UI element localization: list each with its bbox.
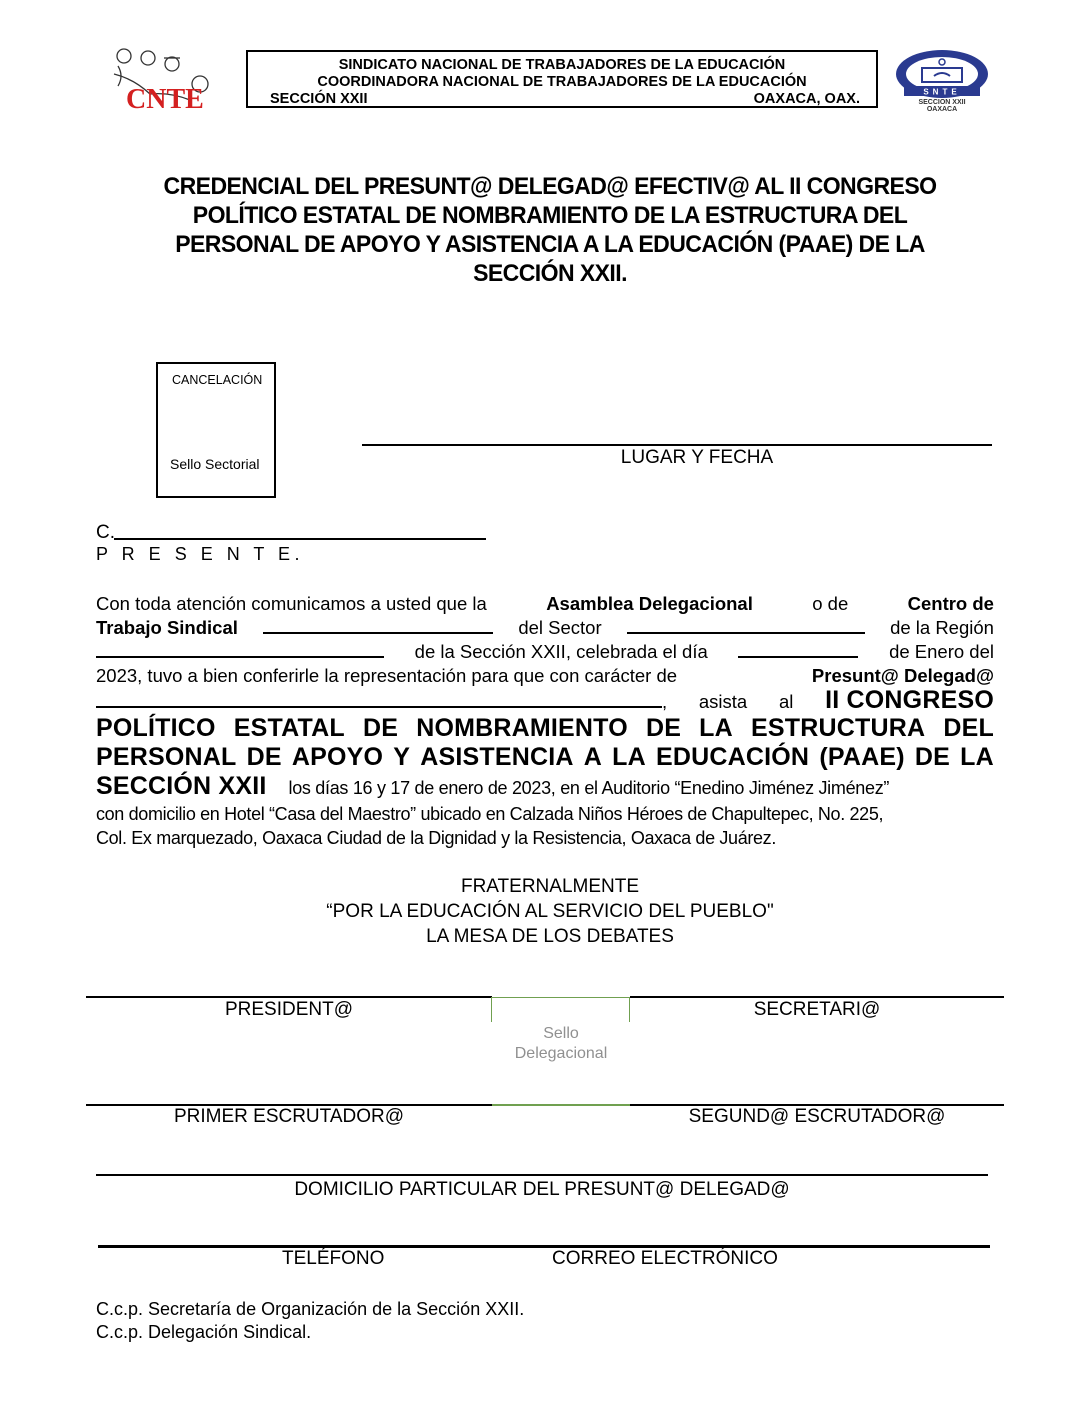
union-header: SINDICATO NACIONAL DE TRABAJADORES DE LA… [246,50,878,108]
body-line-9: con domicilio en Hotel “Casa del Maestro… [96,802,994,826]
place-date-label: LUGAR Y FECHA [362,447,1032,469]
address-label: DOMICILIO PARTICULAR DEL PRESUNT@ DELEGA… [96,1179,988,1201]
svg-text:SNTE: SNTE [923,88,960,97]
svg-text:OAXACA: OAXACA [927,106,957,113]
body-bold-word: PERSONAL [96,745,237,769]
title-line-2: POLÍTICO ESTATAL DE NOMBRAMIENTO DE LA E… [118,201,982,230]
body-bold-word: DEL [943,716,994,740]
closing-motto: “POR LA EDUCACIÓN AL SERVICIO DEL PUEBLO… [240,899,860,924]
delegate-name-field[interactable] [96,690,662,708]
svg-text:SECCION XXII: SECCION XXII [918,99,965,106]
delegational-seal-area: Sello Delegacional [492,1024,630,1064]
day-field[interactable] [738,640,858,658]
body-bold: SECCIÓN XXII [96,774,267,798]
body-bold: Trabajo Sindical [96,616,238,640]
body-bold-word: DE [247,745,282,769]
body-bold-word: DE [915,745,950,769]
body-line-1: Con toda atención comunicamos a usted qu… [96,592,994,616]
addressee-name-field[interactable] [114,538,486,540]
body-bold: Presunt@ Delegad@ [812,664,994,688]
body-line-2: Trabajo Sindical del Sector de la Región [96,616,994,640]
body-line-10: Col. Ex marquezado, Oaxaca Ciudad de la … [96,826,994,850]
body-text: del Sector [518,616,601,640]
svg-text:CNTE: CNTE [126,84,204,112]
body-text: Con toda atención comunicamos a usted qu… [96,592,487,616]
body-bold-word: Y [393,745,410,769]
title-line-1: CREDENCIAL DEL PRESUNT@ DELEGAD@ EFECTIV… [118,172,982,201]
secretary-signature-field[interactable] [630,996,1004,998]
body-line-4: 2023, tuvo a bien conferirle la represen… [96,664,994,688]
body-text: 2023, tuvo a bien conferirle la represen… [96,664,677,688]
second-teller-label: SEGUND@ ESCRUTADOR@ [630,1106,1004,1128]
title-line-3: PERSONAL DE APOYO Y ASISTENCIA A LA EDUC… [118,230,982,259]
body-text: asista [699,690,747,714]
body-text: de Enero del [889,640,994,664]
body-text: , [662,690,667,714]
document-title: CREDENCIAL DEL PRESUNT@ DELEGAD@ EFECTIV… [118,172,982,288]
body-line-7: PERSONALDEAPOYOYASISTENCIAALAEDUCACIÓN(P… [96,745,994,769]
body-line-8: SECCIÓN XXII los días 16 y 17 de enero d… [96,774,994,800]
cancellation-label: CANCELACIÓN [172,373,262,387]
place-date-field[interactable] [362,444,992,446]
phone-label: TELÉFONO [282,1248,384,1270]
first-teller-label: PRIMER ESCRUTADOR@ [86,1106,492,1128]
ccp-line-1: C.c.p. Secretaría de Organización de la … [96,1298,524,1321]
body-bold-word: LA [699,716,733,740]
cancellation-stamp-box: CANCELACIÓN Sello Sectorial [156,362,276,498]
body-bold-word: ESTRUCTURA [751,716,925,740]
body-bold: Asamblea Delegacional [546,592,753,616]
body-bold-word: DE [646,716,681,740]
body-bold-word: A [584,745,602,769]
body-bold-word: NOMBRAMIENTO [416,716,628,740]
body-line-6: POLÍTICOESTATALDENOMBRAMIENTODELAESTRUCT… [96,716,994,740]
body-text: de la Sección XXII, celebrada el día [415,640,708,664]
phone-email-field[interactable] [98,1245,990,1248]
carbon-copy-list: C.c.p. Secretaría de Organización de la … [96,1298,524,1344]
body-line-5: , asista al II CONGRESO [96,688,994,714]
sectoral-seal-label: Sello Sectorial [170,456,260,472]
snte-logo: SNTE SECCION XXII OAXACA [892,48,992,114]
seal-label-2: Delegacional [492,1044,630,1064]
body-line-3: de la Sección XXII, celebrada el día de … [96,640,994,664]
body-text: de la Región [890,616,994,640]
body-bold-word: POLÍTICO [96,716,216,740]
president-signature-field[interactable] [86,996,492,998]
closing-board: LA MESA DE LOS DEBATES [240,924,860,949]
sector-field[interactable] [627,616,865,634]
body-bold-word: ASISTENCIA [420,745,573,769]
body-text: con domicilio en Hotel “Casa del Maestro… [96,802,883,826]
closing-fraternally: FRATERNALMENTE [240,874,860,899]
body-bold: II CONGRESO [825,688,994,712]
ccp-line-2: C.c.p. Delegación Sindical. [96,1321,524,1344]
body-bold-word: ESTATAL [234,716,345,740]
body-bold-word: LA [960,745,994,769]
secretary-label: SECRETARI@ [630,999,1004,1021]
body-text: o de [812,592,848,616]
closing-block: FRATERNALMENTE “POR LA EDUCACIÓN AL SERV… [240,874,860,949]
body-bold-word: DE [363,716,398,740]
seal-label-1: Sello [492,1024,630,1044]
address-field[interactable] [96,1174,988,1176]
body-bold-word: APOYO [292,745,383,769]
work-center-field[interactable] [263,616,493,634]
header-city: OAXACA, OAX. [754,90,860,109]
cnte-logo: CNTE [106,44,230,112]
region-field[interactable] [96,640,384,658]
header-section: SECCIÓN XXII [270,90,368,109]
body-bold-word: LA [612,745,646,769]
body-text: los días 16 y 17 de enero de 2023, en el… [289,776,890,800]
body-bold-word: (PAAE) [819,745,904,769]
body-text: Col. Ex marquezado, Oaxaca Ciudad de la … [96,826,776,850]
seal-box-top [492,997,630,998]
addressee-prefix: C. [96,522,115,544]
body-bold: Centro de [908,592,994,616]
president-label: PRESIDENT@ [86,999,492,1021]
body-bold-word: EDUCACIÓN [656,745,809,769]
body-text: al [779,690,793,714]
presente-label: P R E S E N T E. [96,544,304,565]
email-label: CORREO ELECTRÓNICO [552,1248,778,1270]
title-line-4: SECCIÓN XXII. [118,259,982,288]
seal-box-bottom [492,1104,630,1106]
